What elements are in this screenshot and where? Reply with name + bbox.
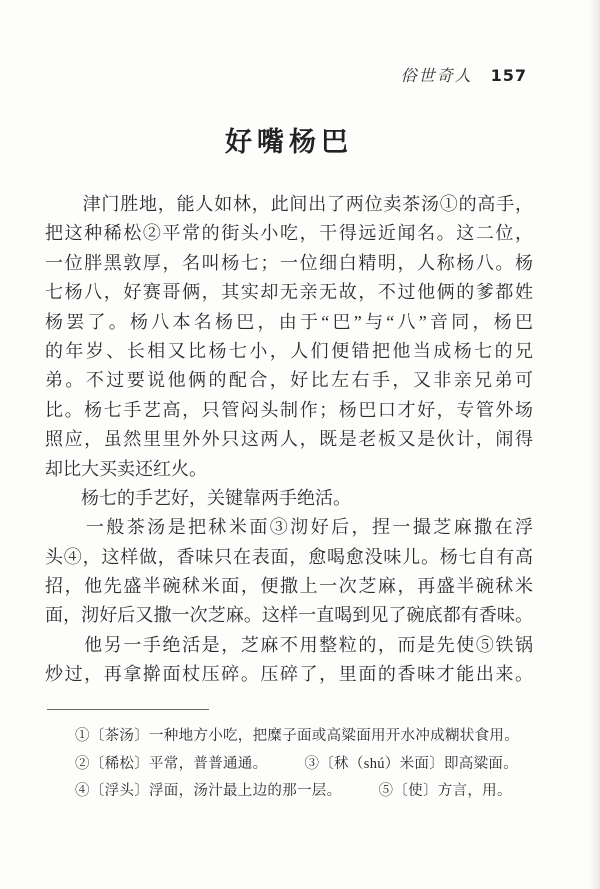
footnotes: ①〔茶汤〕一种地方小吃，把糜子面或高粱面用开水冲成糊状食用。②〔稀松〕平常，普普… bbox=[75, 723, 537, 806]
body-text-line: 炒过，再拿擀面杖压碎。压碎了，里面的香味才能出来。 bbox=[45, 660, 533, 689]
body-text-line: 杨七的手艺好，关键靠两手绝活。 bbox=[45, 484, 533, 513]
article-title: 好嘴杨巴 bbox=[45, 126, 533, 160]
body-text-line: 杨罢了。杨八本名杨巴，由于“巴”与“八”音同，杨巴 bbox=[45, 308, 533, 337]
body-text-line: 头④，这样做，香味只在表面，愈喝愈没味儿。杨七自有高 bbox=[45, 543, 533, 572]
book-title: 俗世奇人 bbox=[401, 63, 473, 86]
body-text-line: 却比大买卖还红火。 bbox=[45, 455, 533, 484]
body-text-line: 他另一手绝活是，芝麻不用整粒的，而是先使⑤铁锅 bbox=[45, 631, 533, 660]
page-edge-shadow bbox=[588, 0, 600, 889]
page-number: 157 bbox=[491, 66, 527, 85]
body-text-line: 七杨八，好赛哥俩，其实却无亲无故，不过他俩的爹都姓 bbox=[45, 278, 533, 307]
body-text-line: 的年岁、长相又比杨七小，人们便错把他当成杨七的兄 bbox=[45, 337, 533, 366]
footnote-line: ④〔浮头〕浮面，汤汁最上边的那一层。 ⑤〔使〕方言，用。 bbox=[75, 778, 537, 806]
body-text-line: 比。杨七手艺高，只管闷头制作；杨巴口才好，专管外场 bbox=[45, 396, 533, 425]
body-text-line: 把这种稀松②平常的街头小吃，干得远近闻名。这二位， bbox=[45, 219, 533, 248]
body-text-line: 照应，虽然里里外外只这两人，既是老板又是伙计，闹得 bbox=[45, 425, 533, 454]
body-text-line: 面，沏好后又撒一次芝麻。这样一直喝到见了碗底都有香味。 bbox=[45, 601, 533, 630]
book-page: 俗世奇人 157 好嘴杨巴 津门胜地，能人如林，此间出了两位卖茶汤①的高手，把这… bbox=[0, 0, 600, 889]
page-header: 俗世奇人 157 bbox=[401, 63, 527, 86]
body-text-line: 津门胜地，能人如林，此间出了两位卖茶汤①的高手， bbox=[45, 190, 533, 219]
body-text-line: 招，他先盛半碗秫米面，便撒上一次芝麻，再盛半碗秫米 bbox=[45, 572, 533, 601]
article-body: 津门胜地，能人如林，此间出了两位卖茶汤①的高手，把这种稀松②平常的街头小吃，干得… bbox=[45, 190, 533, 690]
footnote-line: ①〔茶汤〕一种地方小吃，把糜子面或高粱面用开水冲成糊状食用。 bbox=[75, 723, 537, 751]
body-text-line: 一位胖黑敦厚，名叫杨七；一位细白精明，人称杨八。杨 bbox=[45, 249, 533, 278]
body-text-line: 弟。不过要说他俩的配合，好比左右手，又非亲兄弟可 bbox=[45, 366, 533, 395]
footnote-divider bbox=[47, 709, 209, 710]
body-text-line: 一般茶汤是把秫米面③沏好后，捏一撮芝麻撒在浮 bbox=[45, 513, 533, 542]
footnote-line: ②〔稀松〕平常，普普通通。 ③〔秫（shú）米面〕即高粱面。 bbox=[75, 751, 537, 779]
